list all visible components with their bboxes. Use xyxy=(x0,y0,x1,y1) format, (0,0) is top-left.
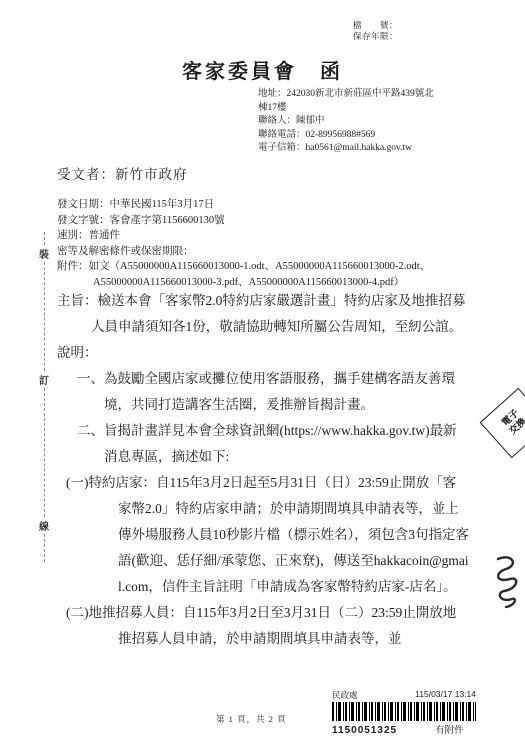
explanation-subitem-2: (二)地推招募人員：自115年3月2日至3月31日（二）23:59止開放地推招募… xyxy=(66,600,469,652)
barcode xyxy=(332,702,476,721)
delivery-speed: 速別：普通件 xyxy=(57,228,477,244)
document-meta-block: 發文日期：中華民國115年3月17日 發文字號：客會產字第1156600130號… xyxy=(57,197,477,290)
issue-date: 發文日期：中華民國115年3月17日 xyxy=(57,197,477,213)
file-number-block: 檔 號： 保存年限： xyxy=(353,20,398,42)
attachment-list-line1: 附件：如文（A55000000A115660013000-1.odt、A5500… xyxy=(57,259,477,275)
attachment-note: 有附件 xyxy=(435,722,464,736)
file-number-label: 檔 號： xyxy=(353,20,398,31)
explanation-subitem-1: (一)特約店家：自115年3月2日起至5月31日（日）23:59止開放「客家幣2… xyxy=(66,470,469,600)
sender-phone: 聯絡電話：02-89956988#569 xyxy=(258,129,434,143)
seal-stamp-icon xyxy=(492,553,522,611)
sender-contact-person: 聯絡人：陳郁中 xyxy=(258,115,434,129)
explanation-item-2: 二、旨揭計畫詳見本會全球資訊網(https://www.hakka.gov.tw… xyxy=(77,418,469,470)
document-number: 發文字號：客會產字第1156600130號 xyxy=(57,213,477,229)
security-classification: 密等及解密條件或保密期限： xyxy=(57,244,477,260)
binding-mark-zhuang: 裝 xyxy=(37,246,51,261)
page-number-footer: 第 1 頁，共 2 頁 xyxy=(216,713,287,725)
retention-period-label: 保存年限： xyxy=(353,31,398,42)
explanation-item-1: 一、為鼓勵全國店家或攤位使用客語服務，攜手建構客語友善環境，共同打造講客生活圈，… xyxy=(77,366,469,418)
received-datetime: 115/03/17 13:14 xyxy=(415,689,476,701)
subject-paragraph: 主旨：檢送本會「客家幣2.0特約店家嚴選計畫」特約店家及地推招募人員申請須知各1… xyxy=(57,288,469,340)
binding-mark-ding: 訂 xyxy=(37,372,51,387)
sender-address-line1: 地址：242030新北市新莊區中平路439號北 xyxy=(258,88,434,102)
recipient-line: 受文者：新竹市政府 xyxy=(57,163,188,183)
sender-address-line2: 棟17樓 xyxy=(258,102,434,116)
sender-contact-block: 地址：242030新北市新莊區中平路439號北 棟17樓 聯絡人：陳郁中 聯絡電… xyxy=(258,88,434,156)
received-stamp-block: 民政處 115/03/17 13:14 1150051325 有附件 xyxy=(332,689,476,736)
sender-email: 電子信箱：ha0561@mail.hakka.gov.tw xyxy=(258,142,434,156)
document-title: 客家委員會 函 xyxy=(0,55,525,84)
binding-mark-xian: 線 xyxy=(37,518,51,533)
binding-dashed-line xyxy=(44,232,45,562)
electronic-exchange-stamp: 電子 交換 xyxy=(480,388,525,458)
letter-body: 主旨：檢送本會「客家幣2.0特約店家嚴選計畫」特約店家及地推招募人員申請須知各1… xyxy=(57,288,469,652)
explanation-heading: 說明： xyxy=(57,340,469,366)
receiving-office: 民政處 xyxy=(332,689,358,701)
official-letter-page: 檔 號： 保存年限： 客家委員會 函 地址：242030新北市新莊區中平路439… xyxy=(0,0,525,755)
registration-number: 1150051325 xyxy=(332,725,397,736)
